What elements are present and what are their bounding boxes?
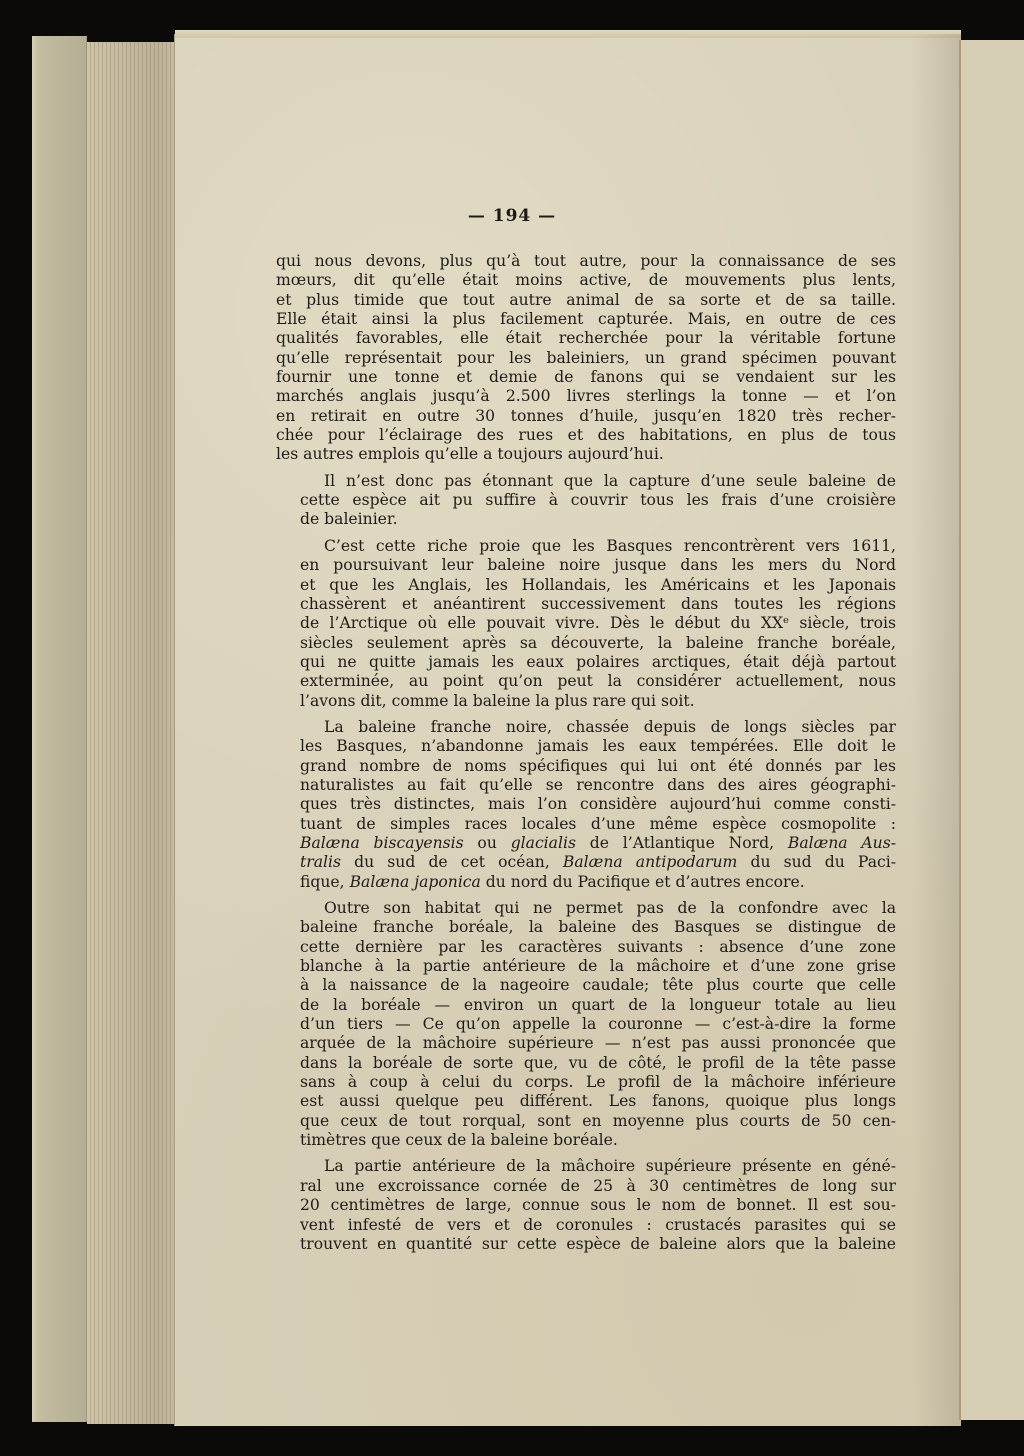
text-line: fique, Balæna japonica du nord du Pacifi…	[276, 873, 896, 892]
paragraph: qui nous devons, plus qu’à tout autre, p…	[276, 252, 896, 465]
text-line: baleine franche boréale, la baleine des …	[276, 918, 896, 937]
text-line: timètres que ceux de la baleine boréale.	[276, 1131, 896, 1150]
text-line: et que les Anglais, les Hollandais, les …	[276, 576, 896, 595]
text-line: cette espèce ait pu suffire à couvrir to…	[276, 491, 896, 510]
text-line: que ceux de tout rorqual, sont en moyenn…	[276, 1112, 896, 1131]
text-line: marchés anglais jusqu’à 2.500 livres ste…	[276, 387, 896, 406]
text-line: tralis du sud de cet océan, Balæna antip…	[276, 853, 896, 872]
text-line: blanche à la partie antérieure de la mâc…	[276, 957, 896, 976]
text-line: Outre son habitat qui ne permet pas de l…	[276, 899, 896, 918]
paragraph: La baleine franche noire, chassée depuis…	[276, 718, 896, 892]
text-line: siècles seulement après sa découverte, l…	[276, 634, 896, 653]
text-line: dans la boréale de sorte que, vu de côté…	[276, 1054, 896, 1073]
text-line: à la naissance de la nageoire caudale; t…	[276, 976, 896, 995]
text-line: mœurs, dit qu’elle était moins active, d…	[276, 271, 896, 290]
cover-edge	[32, 36, 87, 1422]
text-line: La partie antérieure de la mâchoire supé…	[276, 1157, 896, 1176]
text-line: fournir une tonne et demie de fanons qui…	[276, 368, 896, 387]
text-line: est aussi quelque peu différent. Les fan…	[276, 1092, 896, 1111]
text-line: Il n’est donc pas étonnant que la captur…	[276, 472, 896, 491]
text-line: de l’Arctique où elle pouvait vivre. Dès…	[276, 614, 896, 633]
text-line: et plus timide que tout autre animal de …	[276, 291, 896, 310]
text-line: exterminée, au point qu’on peut la consi…	[276, 672, 896, 691]
text-line: Balæna biscayensis ou glacialis de l’Atl…	[276, 834, 896, 853]
paragraph: Outre son habitat qui ne permet pas de l…	[276, 899, 896, 1150]
body-text: qui nous devons, plus qu’à tout autre, p…	[276, 252, 896, 1261]
text-line: sans à coup à celui du corps. Le profil …	[276, 1073, 896, 1092]
text-line: chassèrent et anéantirent successivement…	[276, 595, 896, 614]
text-line: en poursuivant leur baleine noire jusque…	[276, 556, 896, 575]
text-line: C’est cette riche proie que les Basques …	[276, 537, 896, 556]
text-line: les Basques, n’abandonne jamais les eaux…	[276, 737, 896, 756]
text-line: chée pour l’éclairage des rues et des ha…	[276, 426, 896, 445]
text-line: 20 centimètres de large, connue sous le …	[276, 1196, 896, 1215]
paragraph: Il n’est donc pas étonnant que la captur…	[276, 472, 896, 530]
page-top-edge	[175, 30, 961, 38]
text-line: trouvent en quantité sur cette espèce de…	[276, 1235, 896, 1254]
text-line: de baleinier.	[276, 510, 896, 529]
page-number: — 194 —	[0, 206, 1024, 226]
paragraph: La partie antérieure de la mâchoire supé…	[276, 1157, 896, 1254]
text-line: qualités favorables, elle était recherch…	[276, 329, 896, 348]
text-line: cette dernière par les caractères suivan…	[276, 938, 896, 957]
text-line: ques très distinctes, mais l’on considèr…	[276, 795, 896, 814]
text-line: tuant de simples races locales d’une mêm…	[276, 815, 896, 834]
text-line: les autres emplois qu’elle a toujours au…	[276, 445, 896, 464]
text-line: d’un tiers — Ce qu’on appelle la couronn…	[276, 1015, 896, 1034]
text-line: qui ne quitte jamais les eaux polaires a…	[276, 653, 896, 672]
text-line: grand nombre de noms spécifiques qui lui…	[276, 757, 896, 776]
text-line: en retirait en outre 30 tonnes d’huile, …	[276, 407, 896, 426]
paragraph: C’est cette riche proie que les Basques …	[276, 537, 896, 711]
text-line: naturalistes au fait qu’elle se rencontr…	[276, 776, 896, 795]
text-line: arquée de la mâchoire supérieure — n’est…	[276, 1034, 896, 1053]
text-line: qu’elle représentait pour les baleiniers…	[276, 349, 896, 368]
text-line: l’avons dit, comme la baleine la plus ra…	[276, 692, 896, 711]
text-line: Elle était ainsi la plus facilement capt…	[276, 310, 896, 329]
text-line: ral une excroissance cornée de 25 à 30 c…	[276, 1177, 896, 1196]
text-line: La baleine franche noire, chassée depuis…	[276, 718, 896, 737]
gutter-shadow	[911, 34, 961, 1426]
facing-page-edge	[959, 40, 1024, 1420]
text-line: de la boréale — environ un quart de la l…	[276, 996, 896, 1015]
text-line: vent infesté de vers et de coronules : c…	[276, 1216, 896, 1235]
text-line: qui nous devons, plus qu’à tout autre, p…	[276, 252, 896, 271]
